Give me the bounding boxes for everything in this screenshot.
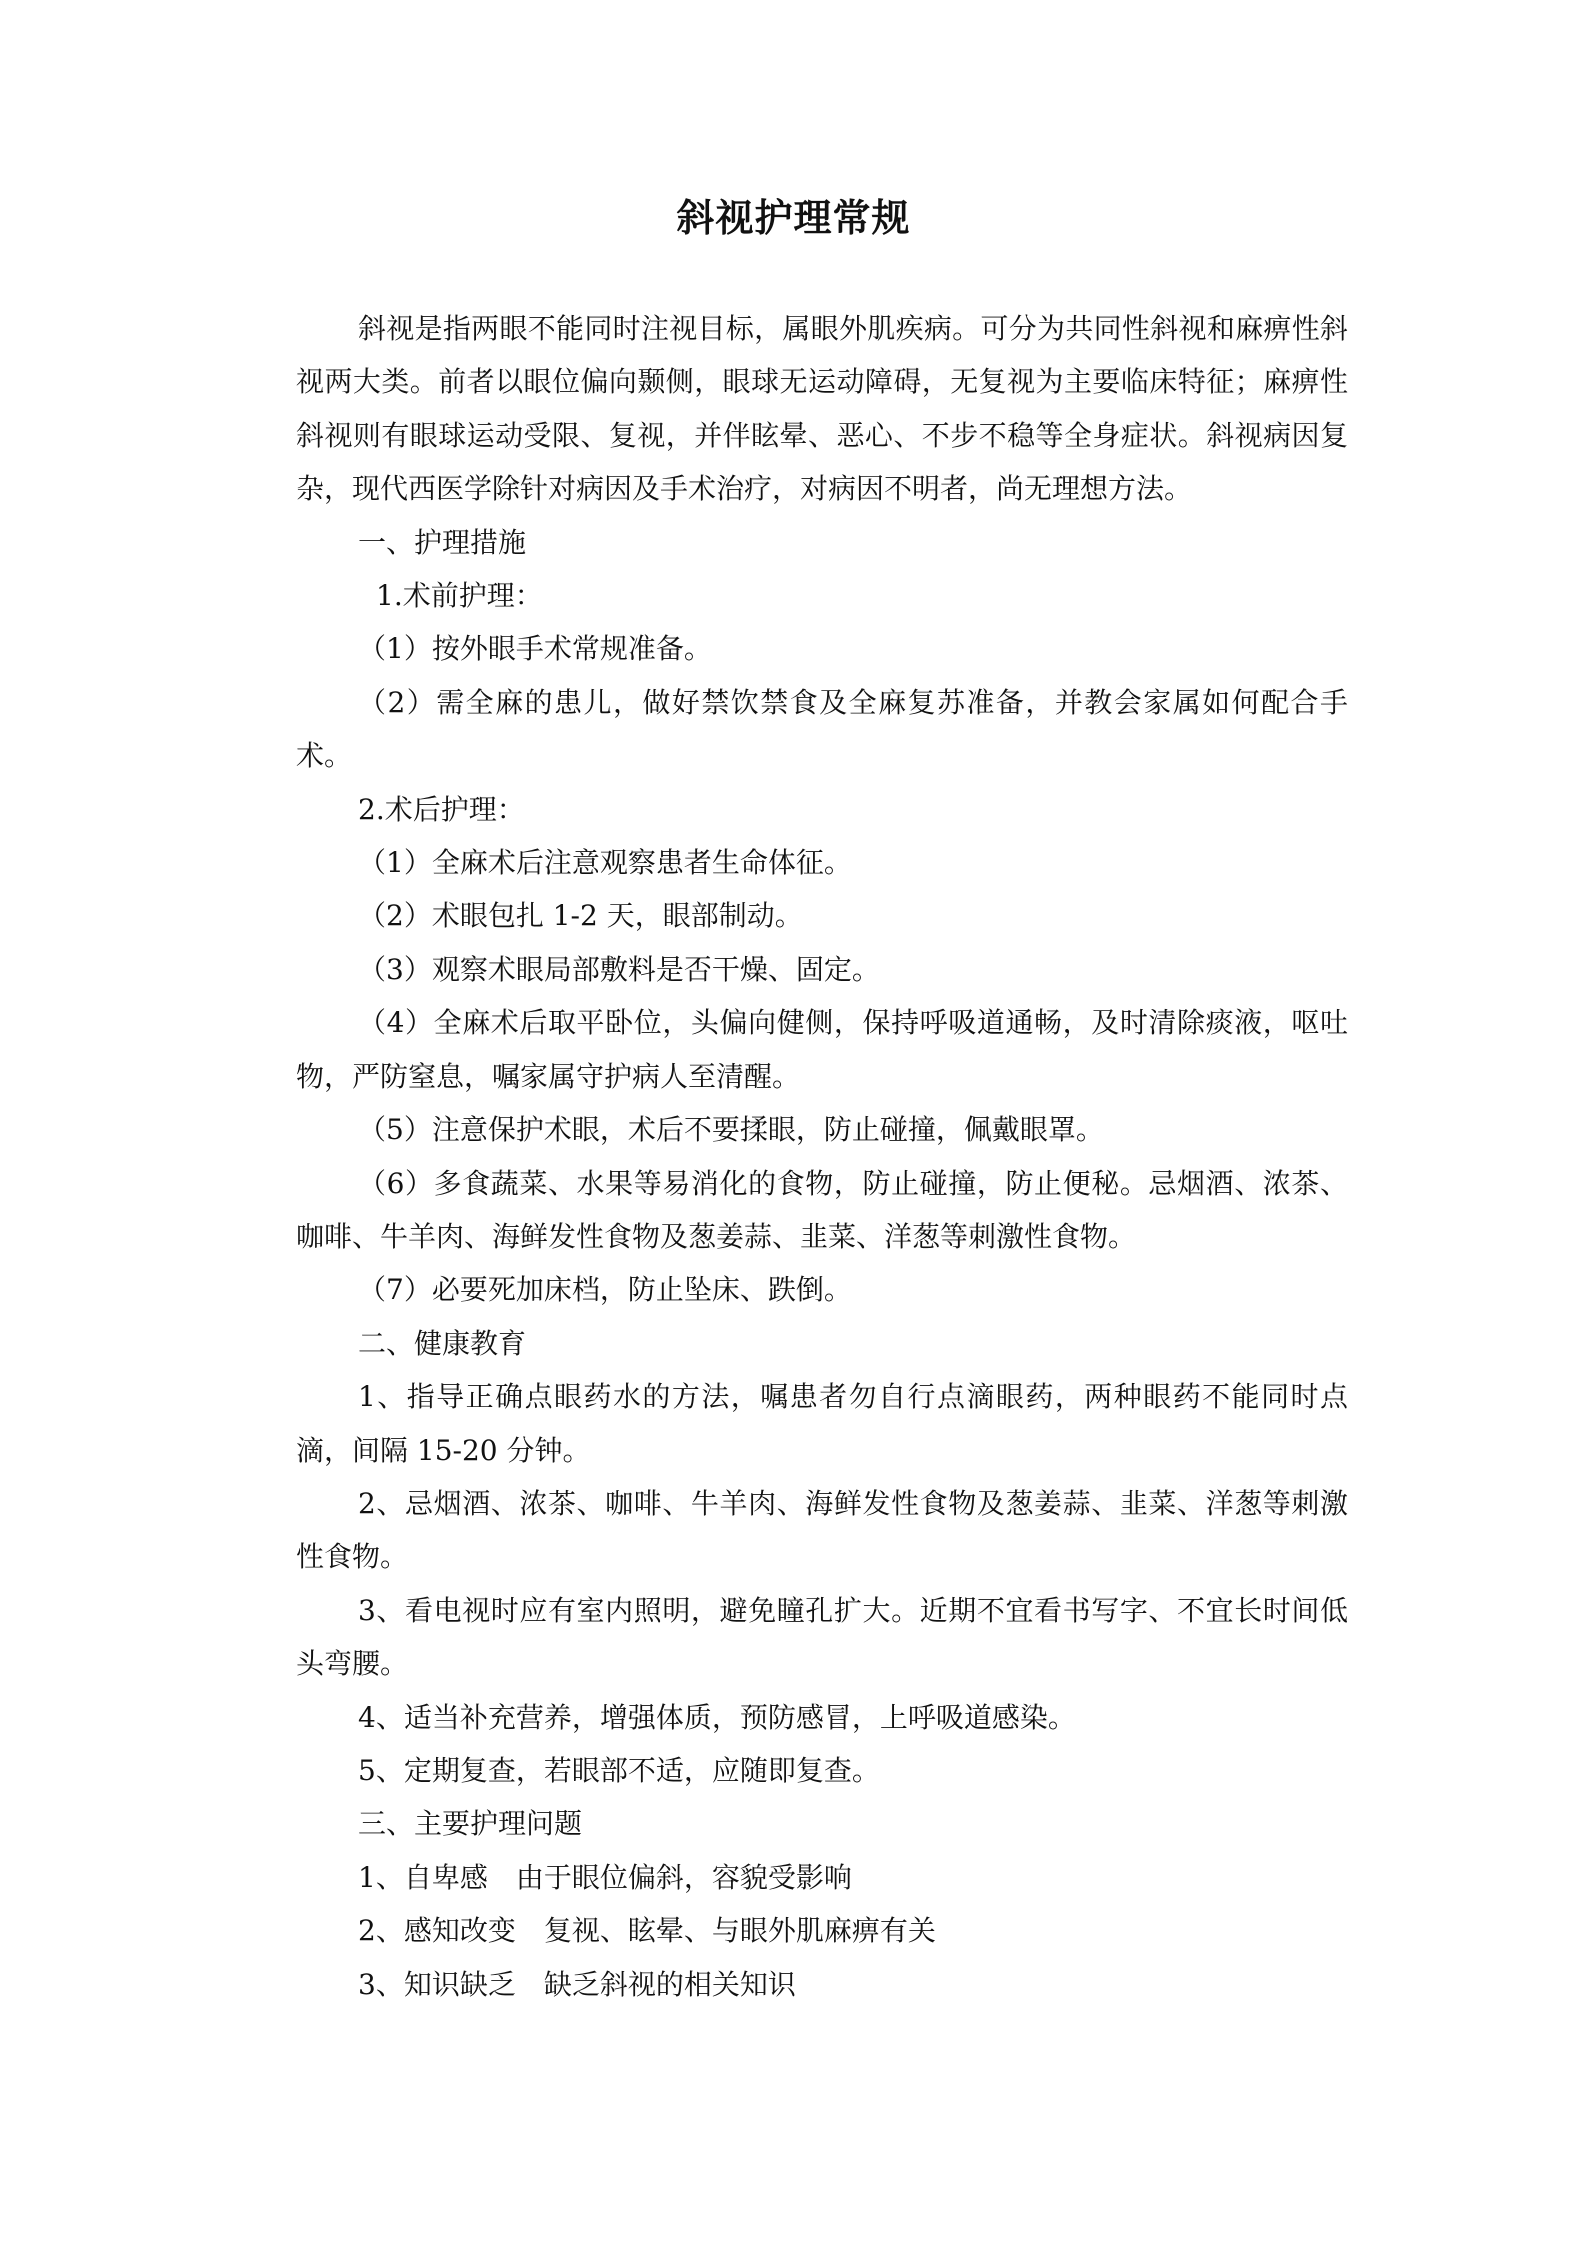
- post-op-item: （3）观察术眼局部敷料是否干燥、固定。: [296, 943, 1348, 996]
- section-heading-health-education: 二、健康教育: [296, 1317, 1348, 1370]
- post-op-item: （6）多食蔬菜、水果等易消化的食物，防止碰撞，防止便秘。忌烟酒、浓茶、咖啡、牛羊…: [296, 1157, 1348, 1264]
- education-item: 1、指导正确点眼药水的方法，嘱患者勿自行点滴眼药，两种眼药不能同时点滴，间隔 1…: [296, 1370, 1348, 1477]
- post-op-item: （2）术眼包扎 1-2 天，眼部制动。: [296, 889, 1348, 942]
- problem-item: 1、自卑感 由于眼位偏斜，容貌受影响: [296, 1851, 1348, 1904]
- subheading-pre-op: 1.术前护理：: [296, 569, 1348, 622]
- section-heading-nursing-problems: 三、主要护理问题: [296, 1797, 1348, 1850]
- post-op-item: （1）全麻术后注意观察患者生命体征。: [296, 836, 1348, 889]
- document-page: 斜视护理常规 斜视是指两眼不能同时注视目标，属眼外肌疾病。可分为共同性斜视和麻痹…: [0, 0, 1587, 2247]
- pre-op-item: （1）按外眼手术常规准备。: [296, 622, 1348, 675]
- post-op-item: （4）全麻术后取平卧位，头偏向健侧，保持呼吸道通畅，及时清除痰液，呕吐物，严防窒…: [296, 996, 1348, 1103]
- pre-op-item: （2）需全麻的患儿，做好禁饮禁食及全麻复苏准备，并教会家属如何配合手术。: [296, 676, 1348, 783]
- education-item: 4、适当补充营养，增强体质，预防感冒，上呼吸道感染。: [296, 1691, 1348, 1744]
- education-item: 2、忌烟酒、浓茶、咖啡、牛羊肉、海鲜发性食物及葱姜蒜、韭菜、洋葱等刺激性食物。: [296, 1477, 1348, 1584]
- post-op-item: （5）注意保护术眼，术后不要揉眼，防止碰撞，佩戴眼罩。: [296, 1103, 1348, 1156]
- education-item: 3、看电视时应有室内照明，避免瞳孔扩大。近期不宜看书写字、不宜长时间低头弯腰。: [296, 1584, 1348, 1691]
- subheading-post-op: 2.术后护理：: [296, 783, 1348, 836]
- document-body: 斜视是指两眼不能同时注视目标，属眼外肌疾病。可分为共同性斜视和麻痹性斜视两大类。…: [296, 302, 1348, 2011]
- intro-paragraph: 斜视是指两眼不能同时注视目标，属眼外肌疾病。可分为共同性斜视和麻痹性斜视两大类。…: [296, 302, 1348, 516]
- problem-item: 3、知识缺乏 缺乏斜视的相关知识: [296, 1958, 1348, 2011]
- section-heading-nursing-measures: 一、护理措施: [296, 516, 1348, 569]
- problem-item: 2、感知改变 复视、眩晕、与眼外肌麻痹有关: [296, 1904, 1348, 1957]
- document-title: 斜视护理常规: [0, 190, 1587, 246]
- education-item: 5、定期复查，若眼部不适，应随即复查。: [296, 1744, 1348, 1797]
- post-op-item: （7）必要死加床档，防止坠床、跌倒。: [296, 1263, 1348, 1316]
